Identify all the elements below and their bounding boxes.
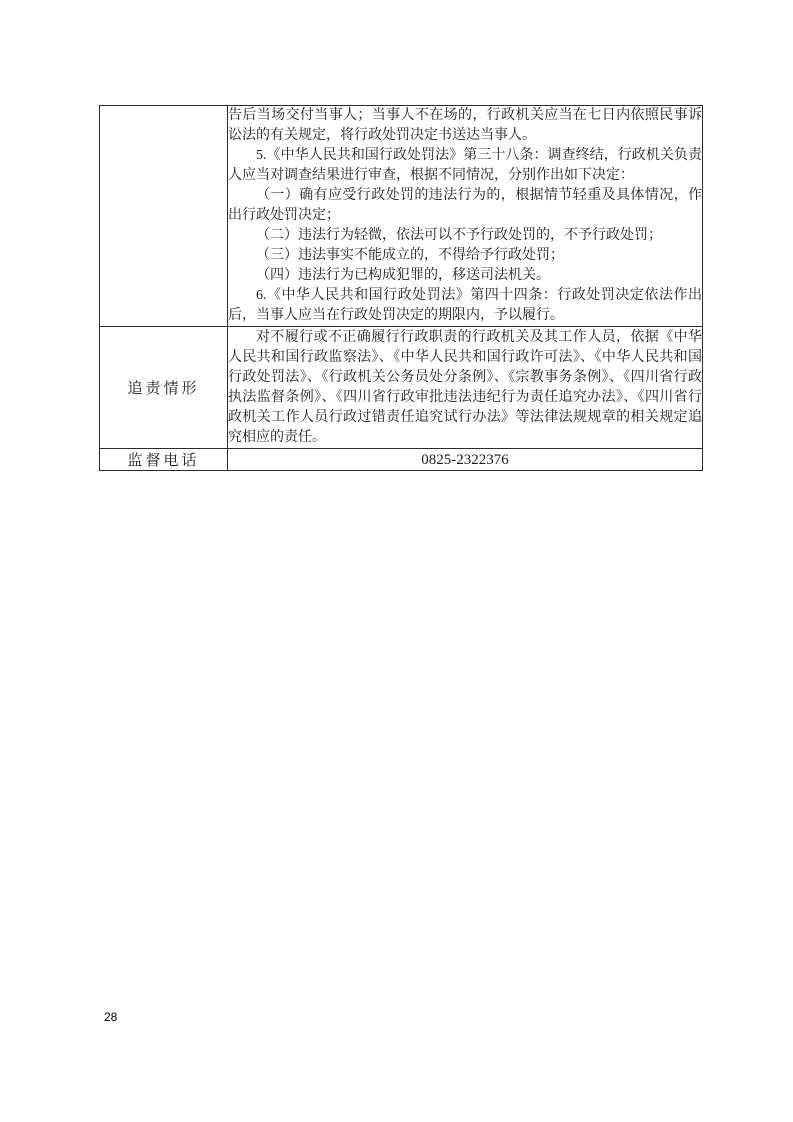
table-row: 监督电话 0825-2322376 <box>100 449 703 471</box>
paragraph: 5.《中华人民共和国行政处罚法》第三十八条：调查终结，行政机关负责人应当对调查结… <box>228 146 702 186</box>
document-page: 告后当场交付当事人；当事人不在场的，行政机关应当在七日内依照民事诉讼法的有关规定… <box>0 0 793 1122</box>
paragraph: 对不履行或不正确履行行政职责的行政机关及其工作人员，依据《中华人民共和国行政监察… <box>228 328 702 448</box>
row-label-supervision-phone: 监督电话 <box>100 449 228 471</box>
paragraph: 告后当场交付当事人；当事人不在场的，行政机关应当在七日内依照民事诉讼法的有关规定… <box>228 106 702 146</box>
page-number: 28 <box>104 1010 117 1024</box>
paragraph: （三）违法事实不能成立的，不得给予行政处罚； <box>228 246 702 266</box>
row-label-accountability: 追责情形 <box>100 327 228 449</box>
legal-basis-continuation-cell: 告后当场交付当事人；当事人不在场的，行政机关应当在七日内依照民事诉讼法的有关规定… <box>228 106 703 327</box>
accountability-cell: 对不履行或不正确履行行政职责的行政机关及其工作人员，依据《中华人民共和国行政监察… <box>228 327 703 449</box>
supervision-phone-number: 0825-2322376 <box>228 449 703 471</box>
empty-label-cell <box>100 106 228 327</box>
provisions-table: 告后当场交付当事人；当事人不在场的，行政机关应当在七日内依照民事诉讼法的有关规定… <box>99 105 703 471</box>
paragraph: （一）确有应受行政处罚的违法行为的，根据情节轻重及具体情况，作出行政处罚决定； <box>228 186 702 226</box>
paragraph: （四）违法行为已构成犯罪的，移送司法机关。 <box>228 266 702 286</box>
table-row: 追责情形 对不履行或不正确履行行政职责的行政机关及其工作人员，依据《中华人民共和… <box>100 327 703 449</box>
paragraph: 6.《中华人民共和国行政处罚法》第四十四条：行政处罚决定依法作出后，当事人应当在… <box>228 286 702 326</box>
paragraph: （二）违法行为轻微，依法可以不予行政处罚的，不予行政处罚； <box>228 226 702 246</box>
table-row: 告后当场交付当事人；当事人不在场的，行政机关应当在七日内依照民事诉讼法的有关规定… <box>100 106 703 327</box>
